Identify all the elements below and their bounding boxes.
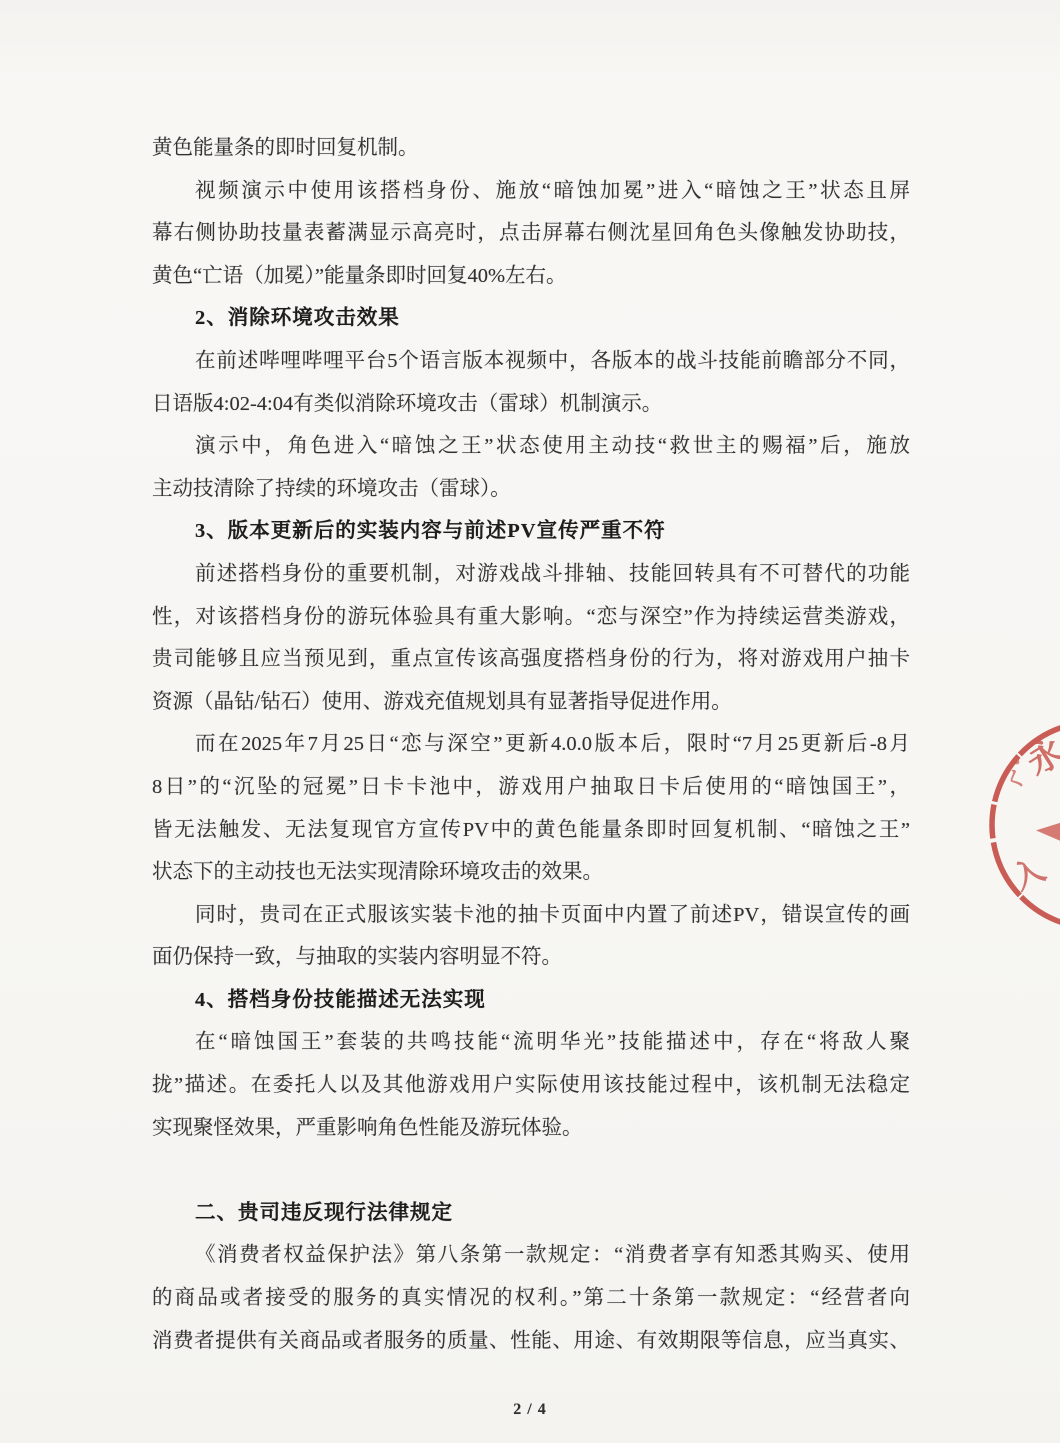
text-line: 而在2025年7月25日“恋与深空”更新4.0.0版本后，限时“7月25更新后-… [152,723,910,766]
text-line: 实现聚怪效果，严重影响角色性能及游玩体验。 [152,1107,910,1150]
document-page: 黄色能量条的即时回复机制。视频演示中使用该搭档身份、施放“暗蚀加冕”进入“暗蚀之… [0,0,1060,1443]
text-line: 资源（晶钻/钻石）使用、游戏充值规划具有显著指导促进作用。 [152,681,910,724]
text-line: 前述搭档身份的重要机制，对游戏战斗排轴、技能回转具有不可替代的功能 [152,553,910,596]
official-seal-stamp: 永 く 入 [940,680,1060,980]
text-line: 幕右侧协助技量表蓄满显示高亮时，点击屏幕右侧沈星回角色头像触发协助技， [152,212,910,255]
seal-ink-dot [1015,760,1020,765]
text-line: 在前述哔哩哔哩平台5个语言版本视频中，各版本的战斗技能前瞻部分不同， [152,340,910,383]
section-heading: 3、版本更新后的实装内容与前述PV宣传严重不符 [152,510,910,553]
seal-character-mid: く [1001,764,1030,794]
text-line: 皆无法触发、无法复现官方宣传PV中的黄色能量条即时回复机制、“暗蚀之王” [152,809,910,852]
text-line: 视频演示中使用该搭档身份、施放“暗蚀加冕”进入“暗蚀之王”状态且屏 [152,170,910,213]
text-line: 《消费者权益保护法》第八条第一款规定：“消费者享有知悉其购买、使用 [152,1234,910,1277]
text-line: 黄色“亡语（加冕）”能量条即时回复40%左右。 [152,255,910,298]
text-line: 日语版4:02-4:04有类似消除环境攻击（雷球）机制演示。 [152,383,910,426]
text-line: 的商品或者接受的服务的真实情况的权利。”第二十条第一款规定：“经营者向 [152,1277,910,1320]
document-body: 黄色能量条的即时回复机制。视频演示中使用该搭档身份、施放“暗蚀加冕”进入“暗蚀之… [152,127,910,1362]
seal-character-top: 永 [1019,729,1060,784]
section-heading: 二、贵司违反现行法律规定 [152,1192,910,1235]
text-line: 演示中，角色进入“暗蚀之王”状态使用主动技“救世主的赐福”后，施放 [152,425,910,468]
text-line: 主动技清除了持续的环境攻击（雷球）。 [152,468,910,511]
seal-star [1027,772,1060,884]
text-line: 性，对该搭档身份的游玩体验具有重大影响。“恋与深空”作为持续运营类游戏， [152,596,910,639]
seal-character-bottom: 入 [1007,852,1050,897]
text-line: 消费者提供有关商品或者服务的质量、性能、用途、有效期限等信息，应当真实、 [152,1320,910,1363]
text-line: 黄色能量条的即时回复机制。 [152,127,910,170]
section-heading: 4、搭档身份技能描述无法实现 [152,979,910,1022]
section-heading: 2、消除环境攻击效果 [152,297,910,340]
text-line: 在“暗蚀国王”套装的共鸣技能“流明华光”技能描述中，存在“将敌人聚 [152,1021,910,1064]
text-line: 状态下的主动技也无法实现清除环境攻击的效果。 [152,851,910,894]
text-line: 面仍保持一致，与抽取的实装内容明显不符。 [152,936,910,979]
text-line: 8日”的“沉坠的冠冕”日卡卡池中，游戏用户抽取日卡后使用的“暗蚀国王”， [152,766,910,809]
seal-ring [992,722,1060,928]
text-line: 同时，贵司在正式服该实装卡池的抽卡页面中内置了前述PV，错误宣传的画 [152,894,910,937]
page-number: 2 / 4 [0,1401,1060,1419]
text-line: 拢”描述。在委托人以及其他游戏用户实际使用该技能过程中，该机制无法稳定 [152,1064,910,1107]
text-line: 贵司能够且应当预见到，重点宣传该高强度搭档身份的行为，将对游戏用户抽卡 [152,638,910,681]
